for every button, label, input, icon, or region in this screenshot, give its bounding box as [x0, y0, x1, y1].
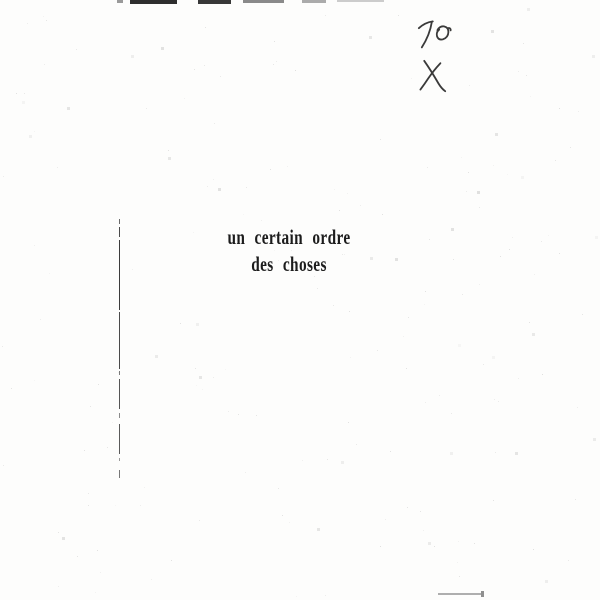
handwritten-x-mark	[420, 61, 445, 91]
fold-line-segment	[119, 240, 120, 310]
edge-dash	[117, 0, 123, 3]
fold-line-segment	[119, 424, 120, 454]
fold-line-segment	[119, 371, 120, 375]
fold-line-segment	[119, 458, 120, 461]
fold-line-segment	[119, 312, 120, 369]
edge-dash	[243, 0, 284, 3]
edge-dash	[337, 0, 384, 2]
fold-line-segment	[119, 227, 120, 237]
handwritten-annotations	[0, 0, 600, 600]
scanned-page: un certain ordre des choses	[0, 0, 600, 600]
handwritten-page-number	[419, 21, 451, 47]
paper-noise	[0, 0, 1, 1]
edge-dash	[130, 0, 177, 4]
fold-line-segment	[119, 413, 120, 418]
scan-artifact-bottom-tick	[481, 591, 484, 597]
book-title: un certain ordre des choses	[78, 224, 500, 278]
title-line-1: un certain ordre	[78, 224, 500, 251]
title-line-2: des choses	[78, 251, 500, 278]
fold-line-segment	[119, 219, 120, 224]
fold-line-segment	[119, 379, 120, 409]
fold-line-segment	[119, 470, 120, 478]
edge-dash	[198, 0, 231, 4]
edge-dash	[302, 0, 326, 3]
scan-artifact-bottom-line	[438, 593, 484, 595]
